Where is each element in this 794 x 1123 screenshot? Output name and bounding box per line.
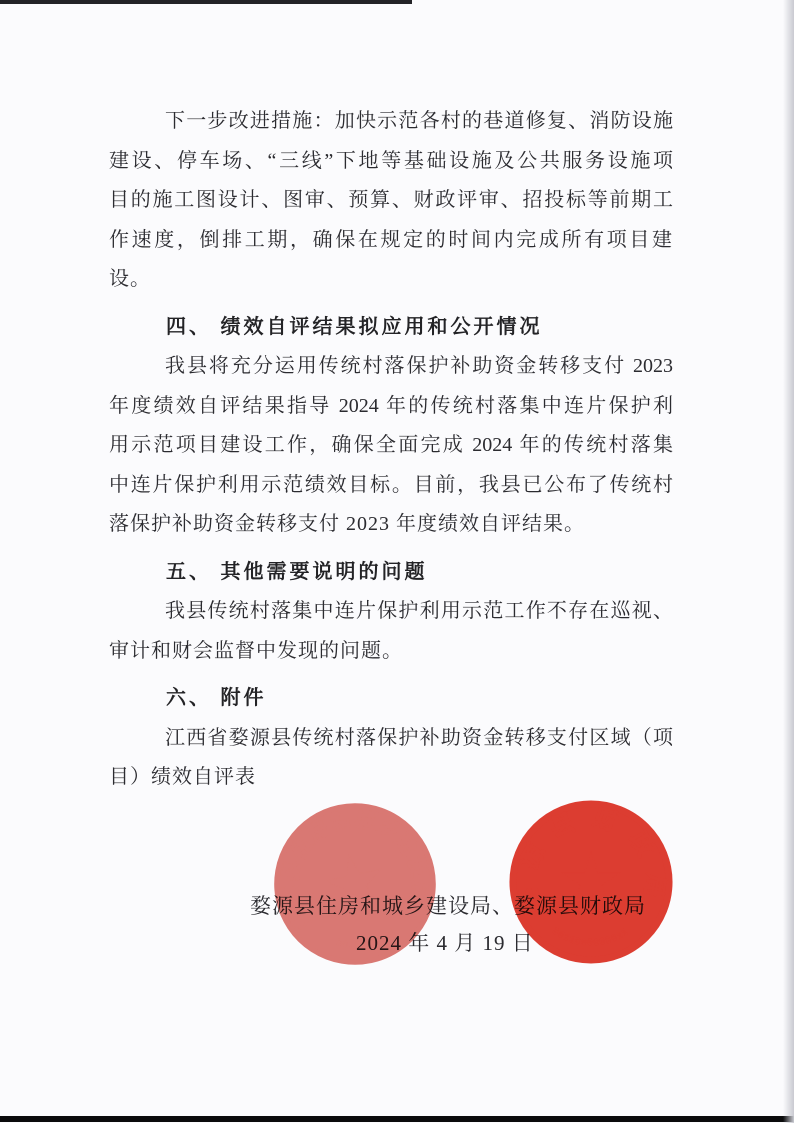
paragraph-line: 落保护补助资金转移支付 2023 年度绩效自评结果。 [109, 505, 673, 545]
scan-bottom-edge-line [0, 1116, 794, 1122]
scanned-document-page: 下一步改进措施：加快示范各村的巷道修复、消防设施 建设、停车场、“三线”下地等基… [0, 0, 794, 1123]
paragraph-line: 年度绩效自评结果指导 2024 年的传统村落集中连片保护利 [109, 387, 673, 427]
paragraph-line: 中连片保护利用示范绩效目标。目前，我县已公布了传统村 [109, 466, 673, 506]
paragraph-line: 用示范项目建设工作，确保全面完成 2024 年的传统村落集 [109, 426, 673, 466]
finance-bureau-seal: 婺源县财政局 3611300008611 [507, 798, 675, 966]
paragraph-line: 目）绩效自评表 [109, 758, 673, 798]
section-heading-5: 五、 其他需要说明的问题 [109, 553, 673, 593]
scan-right-edge-shadow [783, 0, 794, 1123]
paragraph-line: 目的施工图设计、图审、预算、财政评审、招投标等前期工 [109, 181, 673, 221]
paragraph-line: 审计和财会监督中发现的问题。 [109, 632, 673, 672]
section-heading-6: 六、 附件 [109, 679, 673, 719]
section-heading-4: 四、 绩效自评结果拟应用和公开情况 [109, 308, 673, 348]
paragraph-line: 建设、停车场、“三线”下地等基础设施及公共服务设施项 [109, 142, 673, 182]
document-body: 下一步改进措施：加快示范各村的巷道修复、消防设施 建设、停车场、“三线”下地等基… [109, 102, 673, 798]
housing-bureau-seal: 婺源县住房和城乡建设局 3611300002 [271, 800, 439, 968]
paragraph-line: 作速度，倒排工期，确保在规定的时间内完成所有项目建设。 [109, 221, 673, 300]
paragraph-line: 我县将充分运用传统村落保护补助资金转移支付 2023 [109, 347, 673, 387]
scan-top-edge-line [0, 0, 412, 4]
paragraph-line: 下一步改进措施：加快示范各村的巷道修复、消防设施 [109, 102, 673, 142]
paragraph-line: 江西省婺源县传统村落保护补助资金转移支付区域（项 [109, 719, 673, 759]
paragraph-line: 我县传统村落集中连片保护利用示范工作不存在巡视、 [109, 592, 673, 632]
